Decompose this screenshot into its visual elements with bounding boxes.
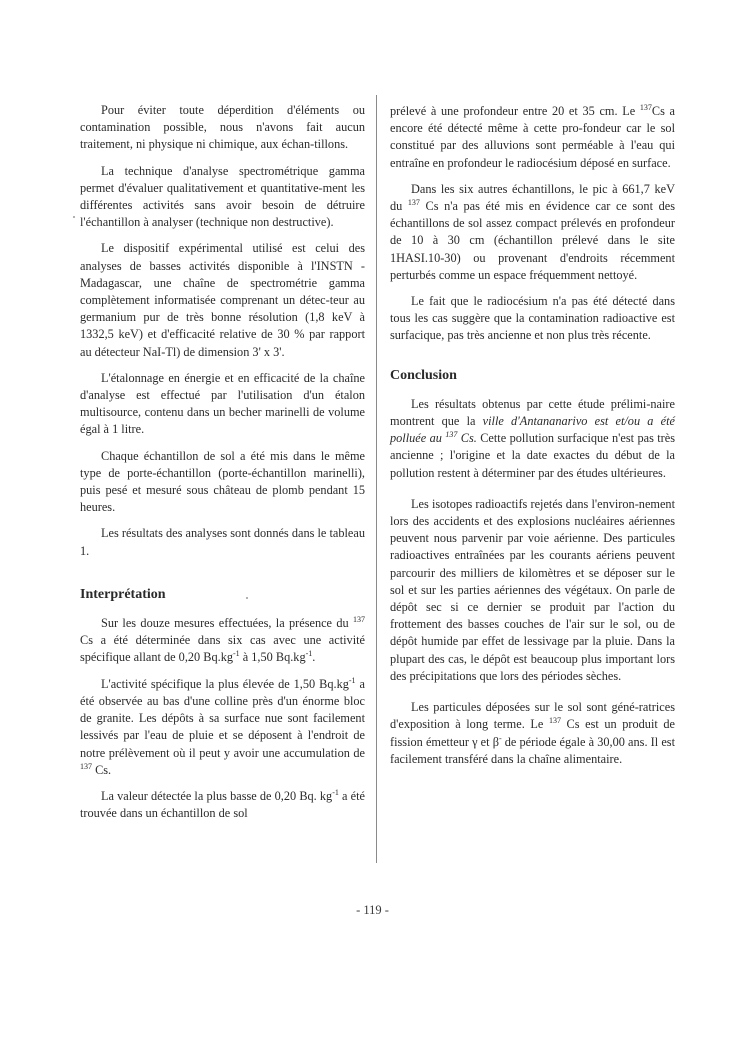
left-column: Pour éviter toute déperdition d'éléments… (80, 102, 365, 831)
paragraph: L'étalonnage en énergie et en efficacité… (80, 370, 365, 439)
paragraph: Sur les douze mesures effectuées, la pré… (80, 615, 365, 667)
paragraph: Les résultats obtenus par cette étude pr… (390, 396, 675, 482)
scan-speck (246, 597, 248, 599)
paragraph: Les particules déposées sur le sol sont … (390, 699, 675, 768)
section-heading-conclusion: Conclusion (390, 367, 675, 384)
column-divider (376, 95, 377, 863)
paragraph: Le fait que le radiocésium n'a pas été d… (390, 293, 675, 345)
page-number: - 119 - (0, 903, 745, 918)
scan-speck (73, 216, 75, 218)
paragraph: prélevé à une profondeur entre 20 et 35 … (390, 103, 675, 172)
paragraph: L'activité spécifique la plus élevée de … (80, 676, 365, 779)
paragraph: Les résultats des analyses sont donnés d… (80, 525, 365, 559)
paragraph: Pour éviter toute déperdition d'éléments… (80, 102, 365, 154)
paragraph: Le dispositif expérimental utilisé est c… (80, 240, 365, 360)
right-column: prélevé à une profondeur entre 20 et 35 … (390, 103, 675, 777)
paragraph: Chaque échantillon de sol a été mis dans… (80, 448, 365, 517)
paragraph: La technique d'analyse spectrométrique g… (80, 163, 365, 232)
section-heading-interpretation: Interprétation (80, 586, 365, 603)
paragraph: La valeur détectée la plus basse de 0,20… (80, 788, 365, 822)
paragraph: Dans les six autres échantillons, le pic… (390, 181, 675, 284)
paragraph: Les isotopes radioactifs rejetés dans l'… (390, 496, 675, 685)
